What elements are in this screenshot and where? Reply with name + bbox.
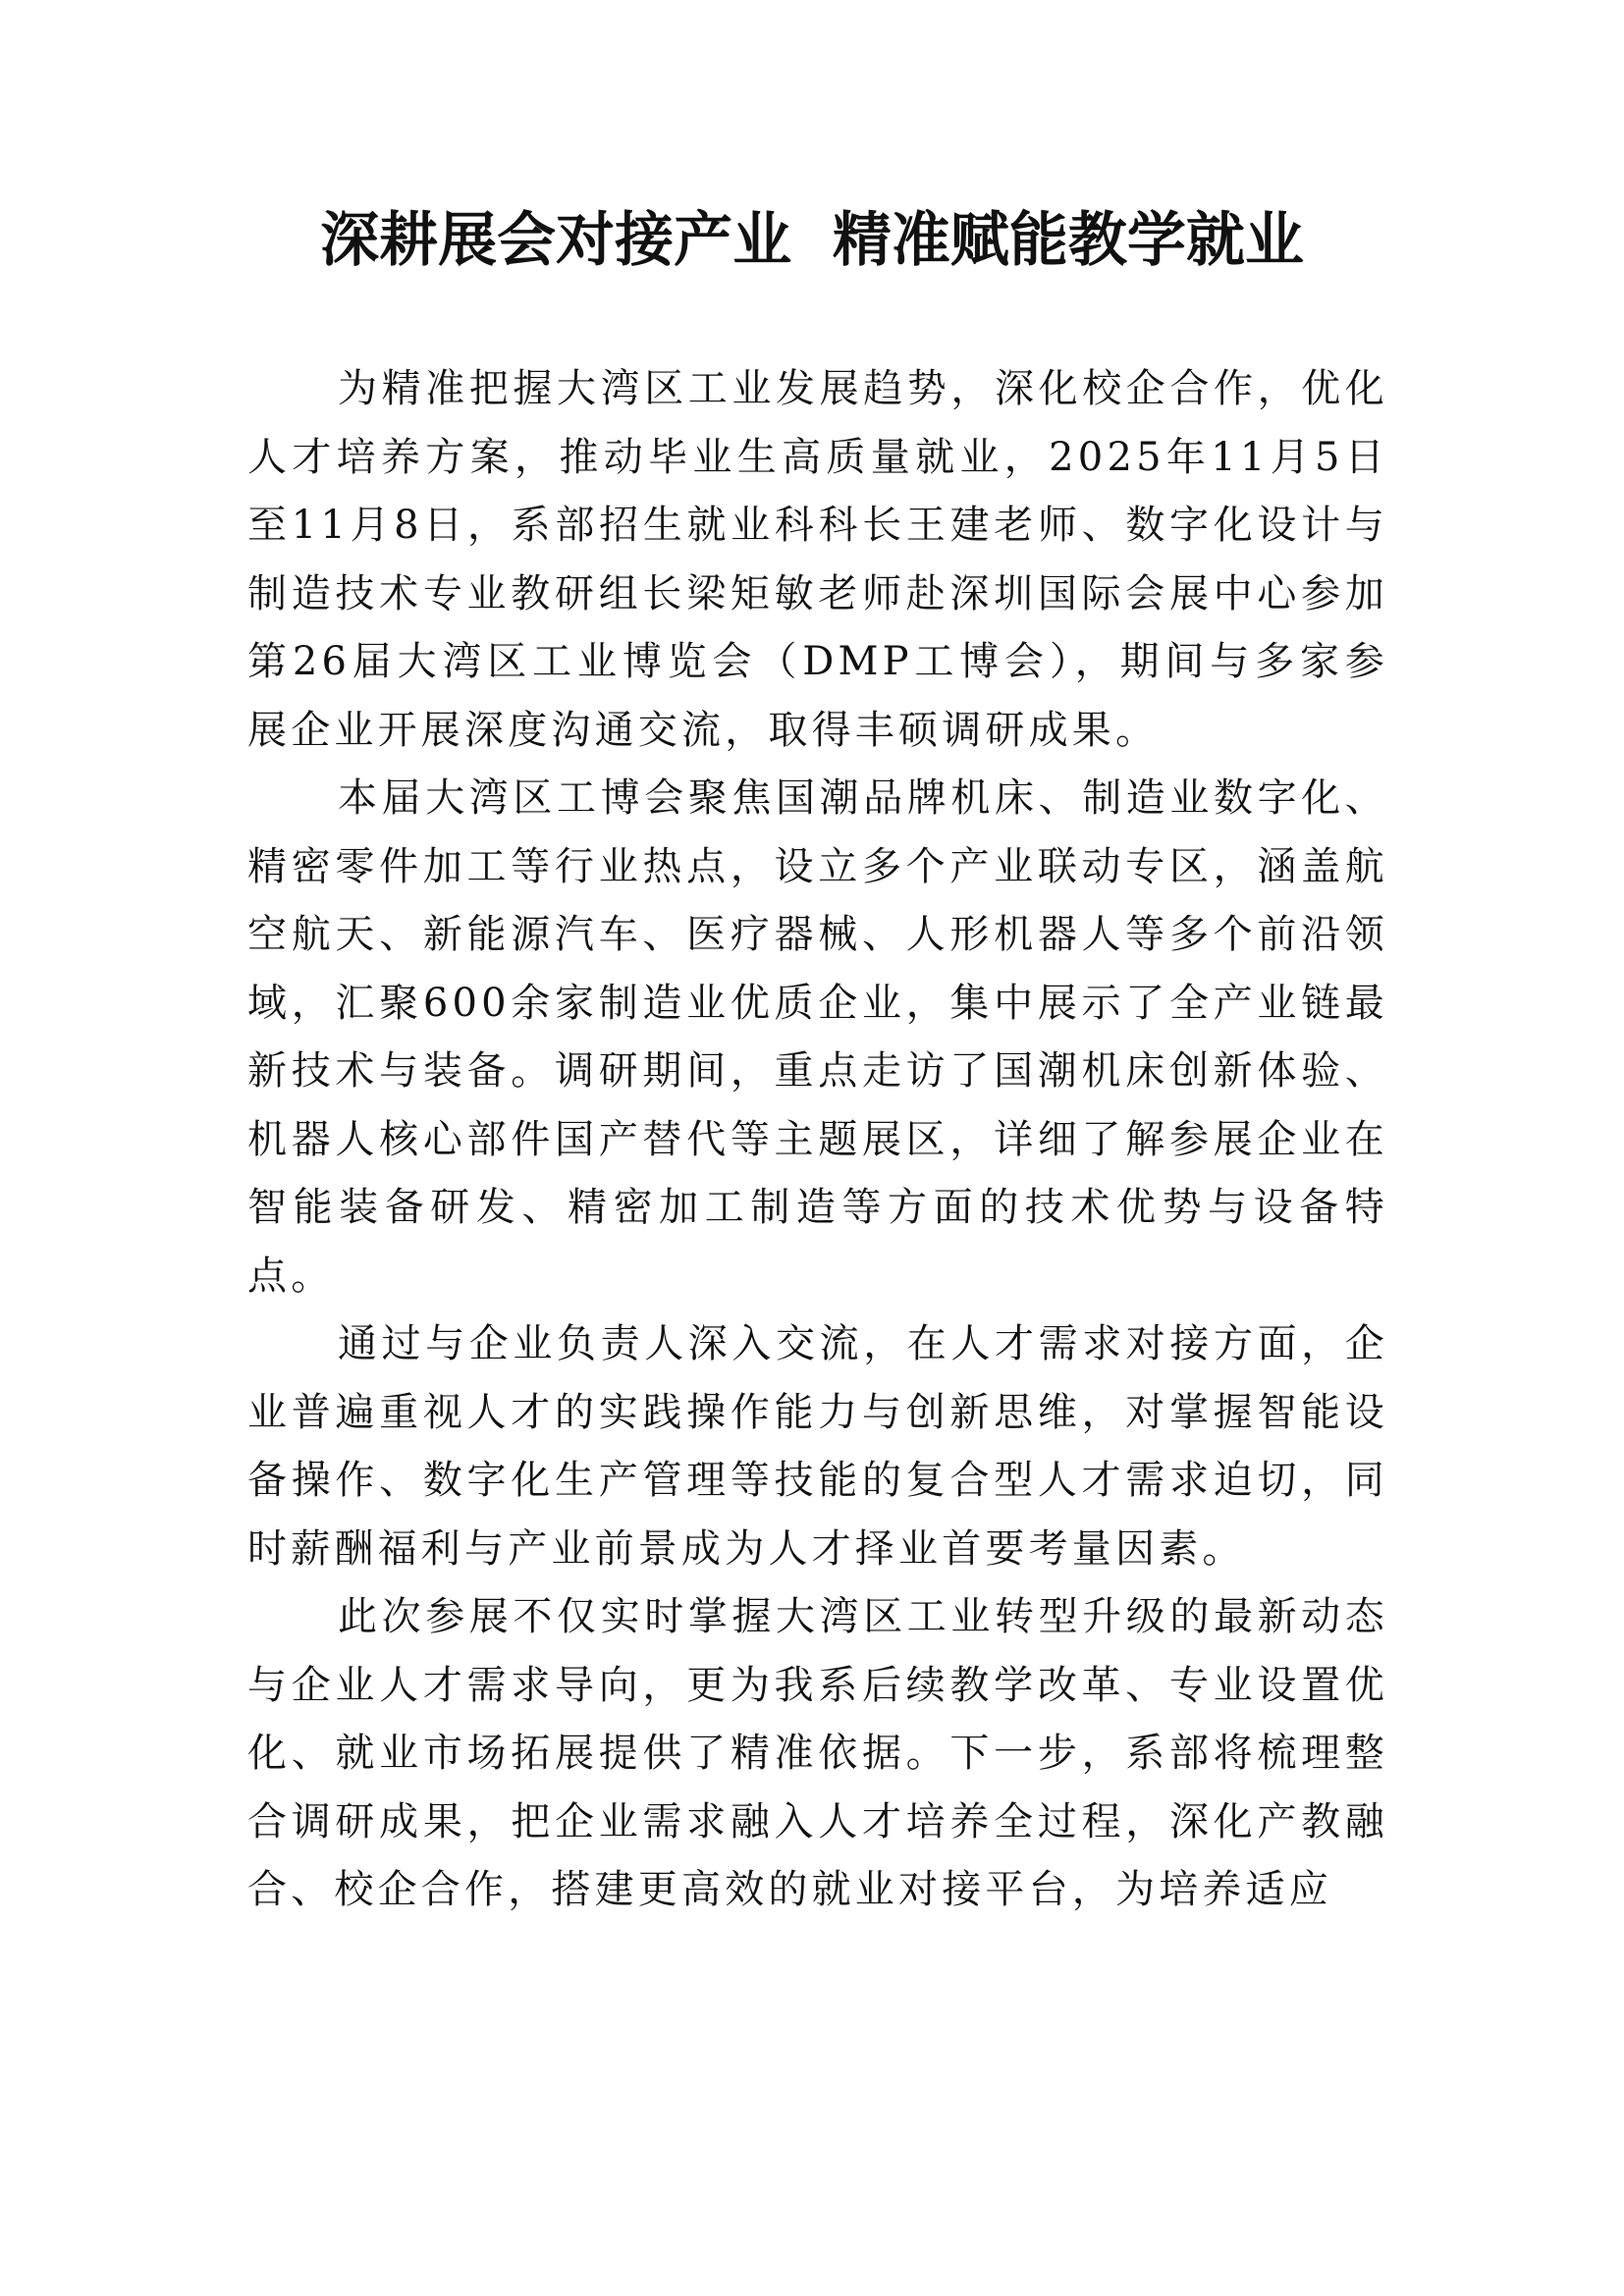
document-page: 深耕展会对接产业 精准赋能教学就业 为精准把握大湾区工业发展趋势，深化校企合作，…: [0, 0, 1624, 2296]
document-title: 深耕展会对接产业 精准赋能教学就业: [0, 201, 1624, 280]
document-body: 为精准把握大湾区工业发展趋势，深化校企合作，优化人才培养方案，推动毕业生高质量就…: [247, 355, 1388, 1925]
paragraph-intro: 为精准把握大湾区工业发展趋势，深化校企合作，优化人才培养方案，推动毕业生高质量就…: [247, 355, 1388, 765]
paragraph-next-steps: 此次参展不仅实时掌握大湾区工业转型升级的最新动态与企业人才需求导向，更为我系后续…: [247, 1583, 1388, 1925]
paragraph-talent-demand: 通过与企业负责人深入交流，在人才需求对接方面，企业普遍重视人才的实践操作能力与创…: [247, 1310, 1388, 1583]
paragraph-expo-overview: 本届大湾区工博会聚焦国潮品牌机床、制造业数字化、精密零件加工等行业热点，设立多个…: [247, 765, 1388, 1310]
